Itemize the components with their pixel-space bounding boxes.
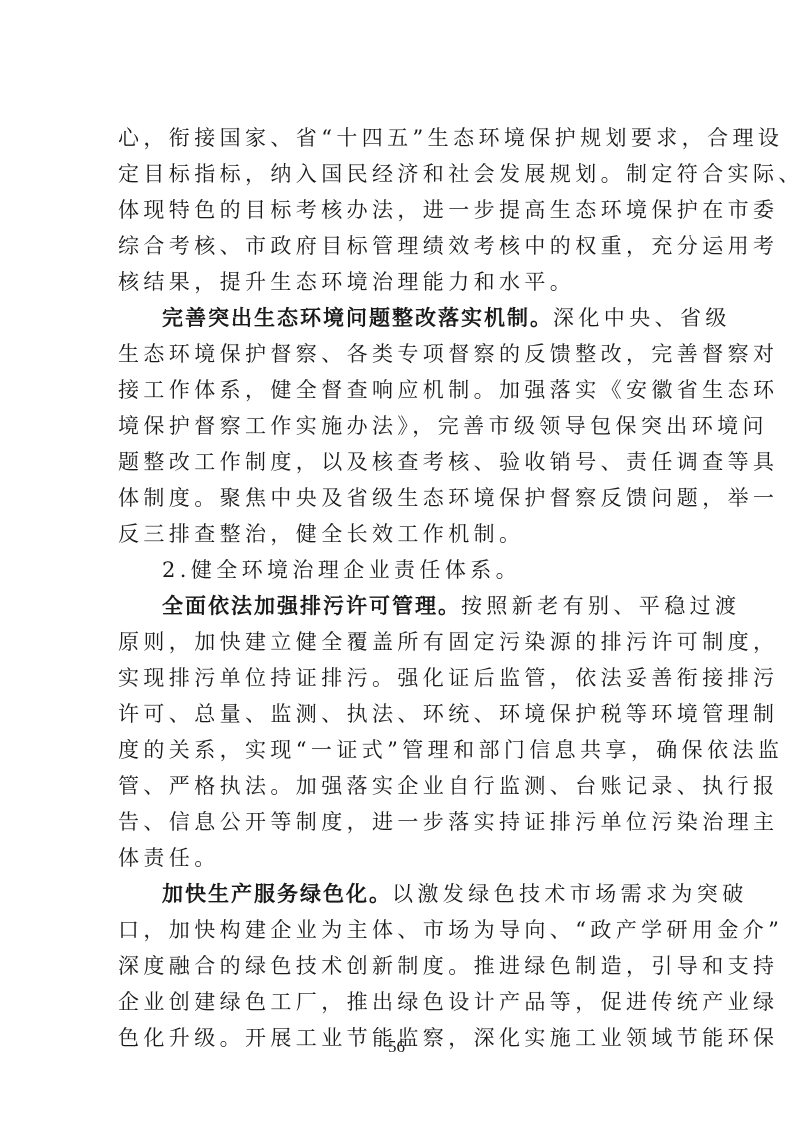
paragraph-heading: 完善突出生态环境问题整改落实机制。 xyxy=(162,305,553,330)
text-line: 心，衔接国家、省“十四五”生态环境保护规划要求，合理设 xyxy=(118,120,678,156)
page-number: 56 xyxy=(0,1037,793,1057)
text-line: 原则，加快建立健全覆盖所有固定污染源的排污许可制度， xyxy=(118,624,678,660)
section-title: 2.健全环境治理企业责任体系。 xyxy=(118,552,678,588)
paragraph-heading: 加快生产服务绿色化。 xyxy=(162,881,392,906)
paragraph-text: 深化中央、省级 xyxy=(553,306,731,330)
text-line: 定目标指标，纳入国民经济和社会发展规划。制定符合实际、 xyxy=(118,156,678,192)
document-page: 心，衔接国家、省“十四五”生态环境保护规划要求，合理设 定目标指标，纳入国民经济… xyxy=(118,120,678,1056)
text-line: 管、严格执法。加强落实企业自行监测、台账记录、执行报 xyxy=(118,768,678,804)
text-line: 许可、总量、监测、执法、环统、环境保护税等环境管理制 xyxy=(118,696,678,732)
text-line: 口，加快构建企业为主体、市场为导向、“政产学研用金介” xyxy=(118,912,678,948)
text-line: 生态环境保护督察、各类专项督察的反馈整改，完善督察对 xyxy=(118,336,678,372)
text-line: 体制度。聚焦中央及省级生态环境保护督察反馈问题，举一 xyxy=(118,480,678,516)
text-line: 核结果，提升生态环境治理能力和水平。 xyxy=(118,264,678,300)
text-line: 接工作体系，健全督查响应机制。加强落实《安徽省生态环 xyxy=(118,372,678,408)
text-line: 反三排查整治，健全长效工作机制。 xyxy=(118,516,678,552)
paragraph-first-line: 完善突出生态环境问题整改落实机制。深化中央、省级 xyxy=(118,300,678,336)
text-line: 企业创建绿色工厂，推出绿色设计产品等，促进传统产业绿 xyxy=(118,984,678,1020)
text-line: 度的关系，实现“一证式”管理和部门信息共享，确保依法监 xyxy=(118,732,678,768)
paragraph-text: 按照新老有别、平稳过渡 xyxy=(461,594,740,618)
text-line: 告、信息公开等制度，进一步落实持证排污单位污染治理主 xyxy=(118,804,678,840)
text-line: 境保护督察工作实施办法》，完善市级领导包保突出环境问 xyxy=(118,408,678,444)
paragraph-heading: 全面依法加强排污许可管理。 xyxy=(162,593,461,618)
paragraph-text: 以激发绿色技术市场需求为突破 xyxy=(392,882,748,906)
text-line: 综合考核、市政府目标管理绩效考核中的权重，充分运用考 xyxy=(118,228,678,264)
text-line: 体现特色的目标考核办法，进一步提高生态环境保护在市委 xyxy=(118,192,678,228)
paragraph-first-line: 加快生产服务绿色化。以激发绿色技术市场需求为突破 xyxy=(118,876,678,912)
text-line: 深度融合的绿色技术创新制度。推进绿色制造，引导和支持 xyxy=(118,948,678,984)
paragraph-first-line: 全面依法加强排污许可管理。按照新老有别、平稳过渡 xyxy=(118,588,678,624)
text-line: 实现排污单位持证排污。强化证后监管，依法妥善衔接排污 xyxy=(118,660,678,696)
text-line: 题整改工作制度，以及核查考核、验收销号、责任调查等具 xyxy=(118,444,678,480)
text-line: 体责任。 xyxy=(118,840,678,876)
